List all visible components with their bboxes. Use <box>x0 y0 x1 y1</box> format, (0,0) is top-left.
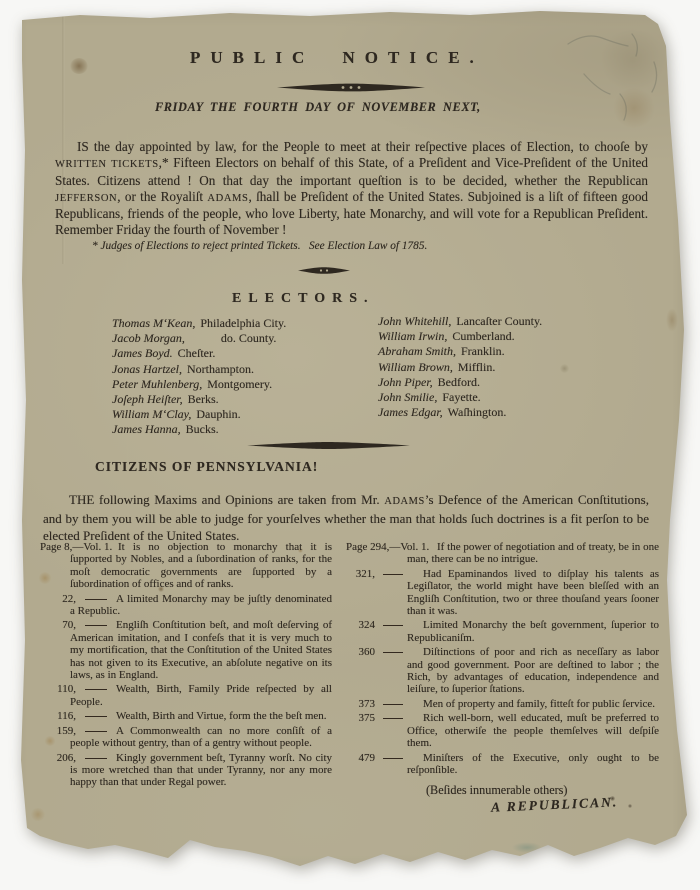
maxim-page-ref: 110, <box>30 683 76 695</box>
elector-row: John Whitehill,Lancaſter County. <box>378 314 542 329</box>
dash-rule <box>383 704 403 705</box>
maxim-text: Engliſh Conſtitution beſt, and moſt deſe… <box>70 619 332 681</box>
maxim-item: 110, Wealth, Birth, Family Pride reſpect… <box>30 683 346 708</box>
elector-place: Mifflin. <box>458 360 495 374</box>
maxim-text: Kingly government beſt, Tyranny worſt. N… <box>70 752 332 789</box>
elector-place: Bucks. <box>186 422 219 436</box>
maxims-column-right: Page 294,—Vol. 1. If the power of negoti… <box>346 541 662 812</box>
elector-name: Jacob Morgan, <box>112 331 185 345</box>
maxim-page-ref: 22, <box>30 593 76 605</box>
maxim-item: 321, Had Epaminandos lived to diſplay hi… <box>346 568 662 618</box>
maxim-page-ref: 360 <box>346 646 375 658</box>
page-title: PUBLIC NOTICE. <box>190 48 530 68</box>
elector-row: Thomas M‘Kean,Philadelphia City. <box>112 316 286 331</box>
elector-row: James Boyd.Cheſter. <box>112 346 286 361</box>
elector-name: James Hanna, <box>112 422 181 436</box>
broadside-paper: PUBLIC NOTICE. FRIDAY THE FOURTH DAY OF … <box>0 0 700 890</box>
elector-row: James Hanna,Bucks. <box>112 422 286 437</box>
dash-rule <box>85 625 107 626</box>
maxim-text: Wealth, Birth and Virtue, form the the b… <box>70 710 332 722</box>
dash-rule <box>383 718 403 719</box>
maxim-item: 375 Rich well-born, well educated, muſt … <box>346 712 662 749</box>
dash-rule <box>85 731 107 732</box>
text-segment: THE following Maxims and Opinions are ta… <box>69 492 384 507</box>
maxim-page-ref: 206, <box>30 752 76 764</box>
citizens-heading: CITIZENS OF PENNSYLVANIA! <box>95 459 318 475</box>
maxim-item: Page 294,—Vol. 1. If the power of negoti… <box>346 541 662 566</box>
maxim-page-ref: 70, <box>30 619 76 631</box>
footnote: * Judges of Elections to reject printed … <box>92 240 572 252</box>
elector-row: Joſeph Heiſter,Berks. <box>112 392 286 407</box>
elector-name: Abraham Smith, <box>378 344 456 358</box>
electors-list-left: Thomas M‘Kean,Philadelphia City. Jacob M… <box>112 316 286 438</box>
text-segment: , or the Royaliſt <box>117 189 207 204</box>
dash-rule <box>85 716 107 717</box>
elector-name: William Irwin, <box>378 329 447 343</box>
elector-name: Thomas M‘Kean, <box>112 316 195 330</box>
maxim-item: Page 8,—Vol. 1. It is no objection to mo… <box>30 541 346 591</box>
maxim-text: If the power of negotiation and of treat… <box>407 541 659 566</box>
dash-rule <box>85 689 107 690</box>
maxim-page-ref: 159, <box>30 725 76 737</box>
elector-name: John Smilie, <box>378 390 437 404</box>
dash-rule <box>383 625 403 626</box>
scan-background: PUBLIC NOTICE. FRIDAY THE FOURTH DAY OF … <box>0 0 700 890</box>
elector-place: do. County. <box>221 331 277 345</box>
elector-place: Cumberland. <box>452 329 514 343</box>
electors-list-right: John Whitehill,Lancaſter County. William… <box>378 314 542 420</box>
intro-paragraph: IS the day appointed by law, for the Peo… <box>55 139 648 238</box>
closing-line: (Beſides innumerable others) <box>426 784 662 796</box>
elector-name: John Piper, <box>378 375 433 389</box>
maxim-item: 159, A Commonwealth can no more conſiſt … <box>30 725 346 750</box>
maxim-text: Had Epaminandos lived to diſplay his tal… <box>407 568 659 618</box>
maxim-text: A Commonwealth can no more conſiſt of a … <box>70 725 332 750</box>
elector-row: James Edgar,Waſhington. <box>378 405 542 420</box>
elector-name: William Brown, <box>378 360 453 374</box>
divider-rule <box>247 441 410 450</box>
divider-ornament <box>298 266 350 275</box>
elector-place: Waſhington. <box>448 405 507 419</box>
elector-row: Jonas Hartzel,Northampton. <box>112 362 286 377</box>
dash-rule <box>85 758 107 759</box>
maxim-text: A limited Monarchy may be juſtly denomin… <box>70 593 332 618</box>
elector-place: Franklin. <box>461 344 505 358</box>
maxim-page-ref: 375 <box>346 712 375 724</box>
maxim-item: 206, Kingly government beſt, Tyranny wor… <box>30 752 346 789</box>
elector-row: John Smilie,Fayette. <box>378 390 542 405</box>
elector-place: Northampton. <box>187 362 254 376</box>
text-segment: ADAMS <box>384 496 425 507</box>
maxim-item: 373 Men of property and family, fitteſt … <box>346 698 662 710</box>
elector-place: Berks. <box>188 392 219 406</box>
date-heading: FRIDAY THE FOURTH DAY OF NOVEMBER NEXT, <box>155 100 481 115</box>
maxim-item: 116, Wealth, Birth and Virtue, form the … <box>30 710 346 722</box>
maxim-text: Miniſters of the Executive, only ought t… <box>407 752 659 777</box>
maxim-item: 22, A limited Monarchy may be juſtly den… <box>30 593 346 618</box>
elector-place: Dauphin. <box>196 407 240 421</box>
elector-row: Peter Muhlenberg,Montgomery. <box>112 377 286 392</box>
text-segment: ADAMS <box>207 193 248 204</box>
maxim-page-ref: 321, <box>346 568 375 580</box>
elector-name: Jonas Hartzel, <box>112 362 182 376</box>
elector-name: Joſeph Heiſter, <box>112 392 183 406</box>
elector-name: James Boyd. <box>112 346 173 360</box>
maxim-page-ref: 479 <box>346 752 375 764</box>
elector-place: Bedford. <box>438 375 480 389</box>
elector-name: John Whitehill, <box>378 314 451 328</box>
elector-name: James Edgar, <box>378 405 443 419</box>
maxim-item: 360 Diſtinctions of poor and rich as nec… <box>346 646 662 696</box>
maxim-item: 324 Limited Monarchy the beſt government… <box>346 619 662 644</box>
maxim-item: 479 Miniſters of the Executive, only oug… <box>346 752 662 777</box>
text-segment: JEFFERSON <box>55 193 117 204</box>
elector-row: Abraham Smith,Franklin. <box>378 344 542 359</box>
broadside-content: PUBLIC NOTICE. FRIDAY THE FOURTH DAY OF … <box>0 0 700 890</box>
dash-rule <box>85 599 107 600</box>
maxim-text: Diſtinctions of poor and rich as neceſſa… <box>407 646 659 696</box>
elector-row: John Piper,Bedford. <box>378 375 542 390</box>
elector-place: Montgomery. <box>207 377 272 391</box>
elector-row: William M‘Clay,Dauphin. <box>112 407 286 422</box>
citizens-paragraph: THE following Maxims and Opinions are ta… <box>43 492 649 544</box>
elector-place: Lancaſter County. <box>456 314 542 328</box>
maxim-text: Rich well-born, well educated, muſt be p… <box>407 712 659 749</box>
elector-place: Cheſter. <box>178 346 216 360</box>
divider-ornament <box>277 82 425 93</box>
maxim-page-ref: 373 <box>346 698 375 710</box>
maxim-text: Men of property and family, fitteſt for … <box>407 698 659 710</box>
elector-name: Peter Muhlenberg, <box>112 377 202 391</box>
maxim-item: 70, Engliſh Conſtitution beſt, and moſt … <box>30 619 346 681</box>
text-segment: WRITTEN TICKETS <box>55 159 159 170</box>
maxim-text: Wealth, Birth, Family Pride reſpected by… <box>70 683 332 708</box>
dash-rule <box>383 574 403 575</box>
maxims-column-left: Page 8,—Vol. 1. It is no objection to mo… <box>30 541 346 791</box>
maxim-page-ref: Page 294,—Vol. 1. <box>346 541 429 553</box>
elector-row: Jacob Morgan,do. County. <box>112 331 286 346</box>
maxim-page-ref: 324 <box>346 619 375 631</box>
elector-place: Philadelphia City. <box>200 316 286 330</box>
text-segment: IS the day appointed by law, for the Peo… <box>77 139 648 154</box>
maxim-text: Limited Monarchy the beſt government, ſu… <box>407 619 659 644</box>
maxim-page-ref: 116, <box>30 710 76 722</box>
elector-place: Fayette. <box>442 390 480 404</box>
elector-name: William M‘Clay, <box>112 407 191 421</box>
elector-row: William Irwin,Cumberland. <box>378 329 542 344</box>
electors-heading: ELECTORS. <box>232 291 375 307</box>
maxim-page-ref: Page 8,—Vol. 1. <box>40 541 112 553</box>
dash-rule <box>383 652 403 653</box>
signature: A REPUBLICAN. <box>491 796 619 814</box>
dash-rule <box>383 758 403 759</box>
elector-row: William Brown,Mifflin. <box>378 360 542 375</box>
